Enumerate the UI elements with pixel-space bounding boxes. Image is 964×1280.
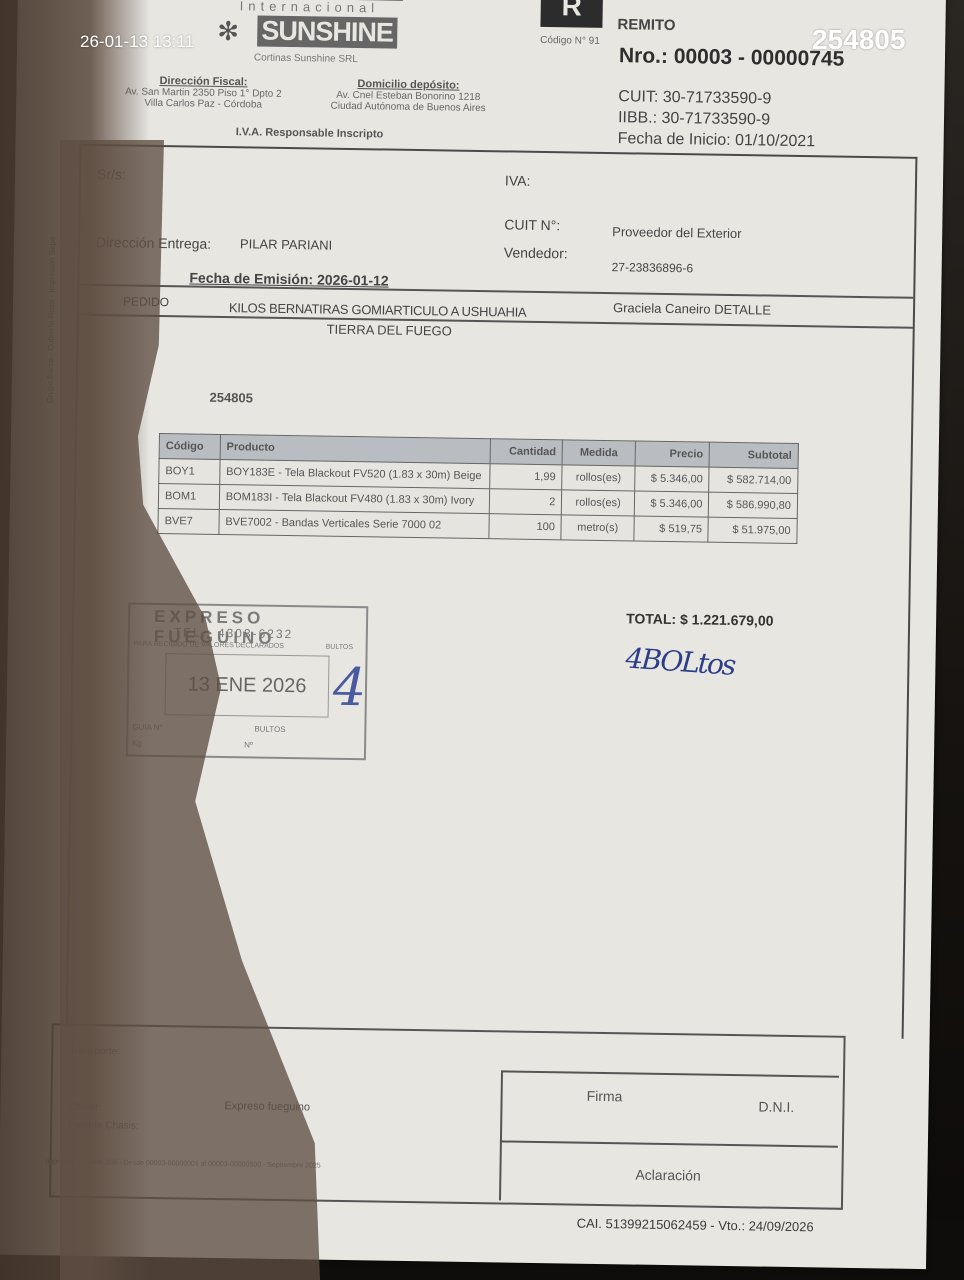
destination-province: TIERRA DEL FUEGO	[327, 322, 452, 339]
document-number: Nro.: 00003 - 00000745	[619, 44, 845, 72]
seller-value: 27-23836896-6	[612, 260, 694, 275]
cell-subtotal: $ 51.975,00	[708, 517, 797, 543]
photo-timestamp: 26-01-13 13:11	[80, 32, 194, 52]
document-type-code: Código N° 91	[540, 35, 600, 47]
cell-precio: $ 5.346,00	[634, 491, 709, 517]
cell-cantidad: 100	[488, 514, 561, 540]
sun-logo-icon: ✻	[217, 16, 239, 47]
cell-cantidad: 1,99	[489, 464, 562, 490]
cell-precio: $ 5.346,00	[635, 466, 710, 492]
driver-label: Chofer:	[68, 1102, 101, 1114]
delivery-label: Dirección Entrega:	[96, 234, 211, 252]
iva-status: I.V.A. Responsable Inscripto	[236, 126, 384, 140]
deposit-address: Domicilio depósito: Av. Cnel Esteban Bon…	[308, 77, 509, 114]
seller-label: Vendedor:	[504, 244, 568, 261]
stamp-kg-label: Kg	[132, 739, 142, 748]
cell-cantidad: 2	[489, 489, 562, 515]
courier-stamp: EXPRESO FUEGUINO TEL.: 4303-6232 PARA RE…	[126, 603, 368, 761]
detalle-contact: Graciela Caneiro DETALLE	[613, 300, 771, 317]
stamp-date: 13 ENE 2026	[165, 653, 330, 718]
stamp-bultos-label: BULTOS	[326, 644, 353, 651]
logo-sunshine: SUNSHINE	[257, 15, 397, 48]
side-printer-text: Grupo Barco - Cubierta Rosa - Impresión …	[45, 236, 57, 403]
cai-code: CAI. 51399215062459 - Vto.: 24/09/2026	[577, 1216, 814, 1235]
dni-label: D.N.I.	[758, 1098, 794, 1115]
cell-medida: rollos(es)	[562, 490, 635, 516]
order-reference: 254805	[209, 390, 253, 406]
plate-label: Patente Chasis:	[68, 1120, 139, 1132]
company-start-date: Fecha de Inicio: 01/10/2021	[618, 128, 816, 152]
client-name-label: Sr/s:	[97, 166, 126, 182]
stamp-fineprint: PARA RECIBIDO DE VALORES DECLARADOS	[134, 641, 284, 650]
stamp-bultos-row-label: BULTOS	[254, 725, 285, 734]
pedido-label: PEDIDO	[123, 294, 169, 309]
client-cuit-label: CUIT N°:	[504, 216, 560, 233]
stamp-guia-label: GUIA N°	[132, 723, 162, 732]
cell-producto: BVE7002 - Bandas Verticales Serie 7000 0…	[219, 509, 489, 538]
stamp-handwritten-count: 4	[333, 658, 367, 719]
photo-id-label: 254805	[812, 24, 905, 56]
logo-internacional: Internacional	[240, 0, 380, 15]
cell-codigo: BOM1	[158, 483, 219, 509]
col-medida: Medida	[562, 440, 635, 466]
document-type-name: REMITO	[617, 16, 675, 34]
cell-medida: rollos(es)	[562, 465, 635, 491]
transport-value: Expreso fueguino	[224, 1100, 310, 1113]
stamp-no-label: Nº	[244, 740, 253, 749]
client-cuit-value: Proveedor del Exterior	[612, 224, 742, 241]
client-iva-label: IVA:	[505, 172, 531, 188]
company-tax-info: CUIT: 30-71733590-9 IIBB.: 30-71733590-9…	[618, 86, 816, 152]
col-precio: Precio	[635, 441, 710, 467]
col-cantidad: Cantidad	[490, 439, 563, 465]
cell-codigo: BVE7	[158, 508, 219, 534]
col-codigo: Código	[159, 433, 220, 459]
remito-document: Internacional ✻ SUNSHINE Cortinas Sunshi…	[0, 0, 946, 1269]
deposit-address-line2: Ciudad Autónoma de Buenos Aires	[308, 100, 508, 114]
fiscal-address: Dirección Fiscal: Av. San Martin 2350 Pi…	[108, 74, 299, 111]
items-table: Código Producto Cantidad Medida Precio S…	[157, 433, 799, 544]
cell-codigo: BOY1	[159, 458, 220, 484]
clarification-label: Aclaración	[635, 1167, 701, 1184]
cell-subtotal: $ 582.714,00	[709, 467, 798, 493]
col-subtotal: Subtotal	[710, 442, 799, 468]
signature-label: Firma	[587, 1088, 623, 1105]
cell-precio: $ 519,75	[634, 516, 709, 542]
cell-medida: metro(s)	[561, 515, 634, 541]
stamp-phone: TEL.: 4303-6232	[174, 625, 294, 641]
cell-subtotal: $ 586.990,80	[709, 492, 798, 518]
delivery-value: PILAR PARIANI	[240, 236, 332, 252]
company-legal-name: Cortinas Sunshine SRL	[254, 52, 358, 65]
transport-label: Transporte:	[69, 1046, 120, 1058]
document-type-letter: R	[540, 0, 603, 28]
total-amount: TOTAL: $ 1.221.679,00	[626, 610, 774, 628]
signature-box	[499, 1070, 839, 1205]
